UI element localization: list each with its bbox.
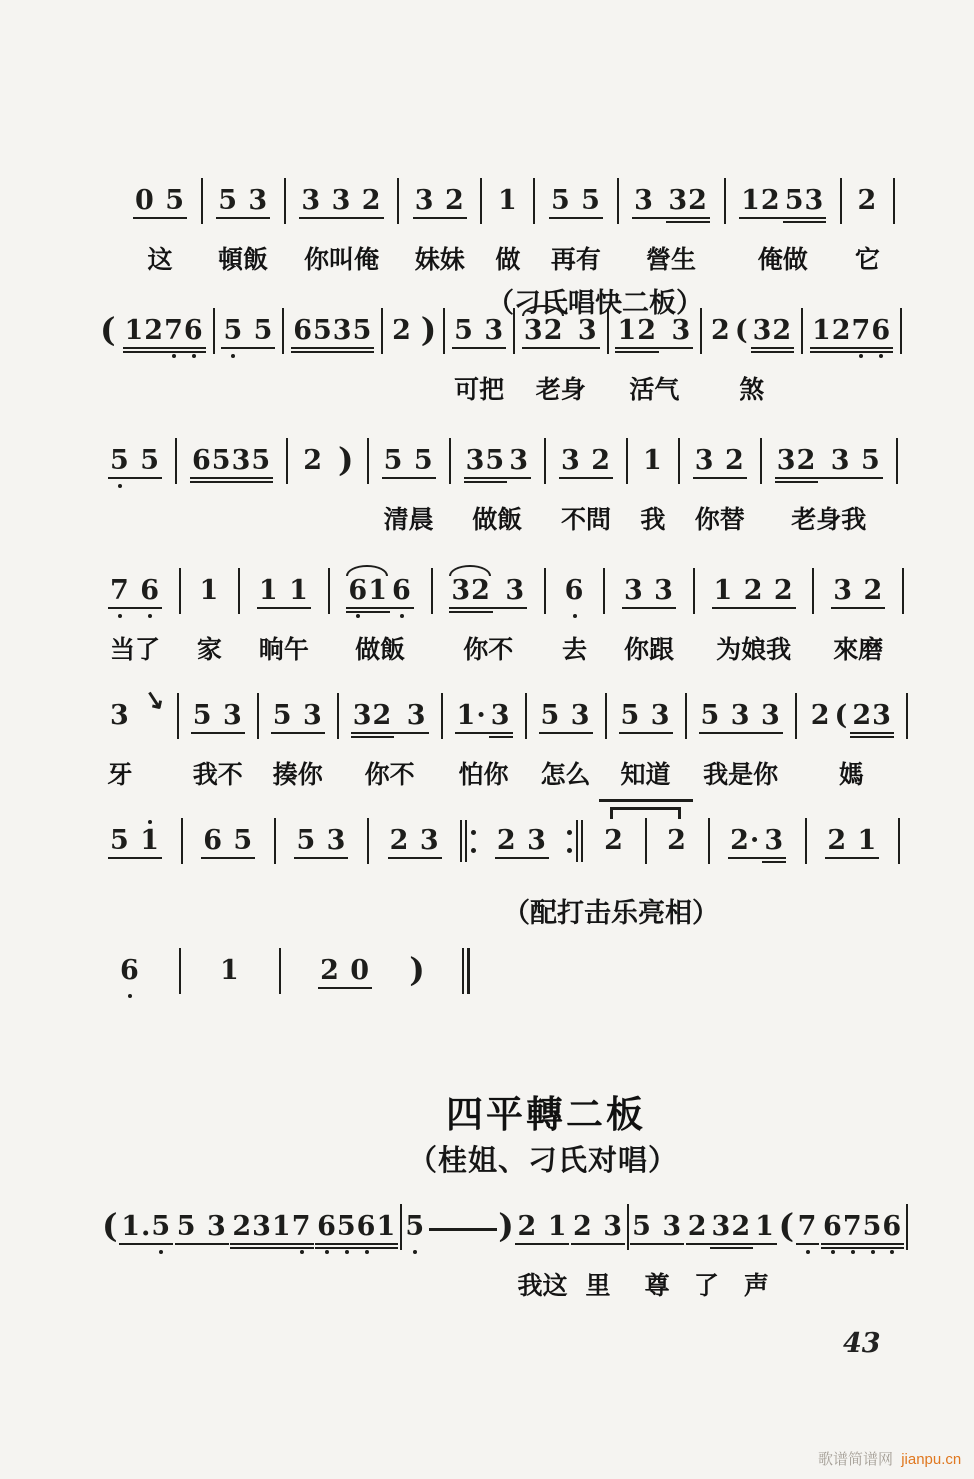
note-digits: 2 — [665, 826, 689, 861]
note-digits: 5 3 — [630, 1212, 684, 1247]
note-char: 3 — [301, 186, 321, 216]
sheet-music-page: { "page": { "number": "43", "watermark":… — [0, 0, 974, 1479]
barline — [685, 693, 687, 739]
note-char: 2 — [144, 316, 164, 346]
barline — [893, 178, 895, 224]
measure: 2(23媽 — [809, 701, 894, 736]
note-seg: 35 — [464, 446, 508, 481]
note-char — [396, 701, 406, 731]
note-char: 2 — [373, 701, 393, 731]
note-seg: 1 2 2 — [712, 576, 796, 611]
measure: 2 — [390, 316, 414, 351]
note-digits: 1.5 — [119, 1212, 173, 1247]
octave-dot-below — [365, 1250, 369, 1254]
note-seg: 12 — [615, 316, 659, 351]
measure: 1.5 — [119, 1212, 173, 1247]
note-seg: 2 — [390, 316, 414, 351]
measure: 2 0 — [318, 956, 372, 991]
note-char: 5 — [223, 316, 243, 346]
note-char — [640, 701, 650, 731]
measure: 2 — [602, 826, 626, 861]
measure: 6561 — [315, 1212, 398, 1247]
note-digits: 5 3 3 — [699, 701, 783, 736]
note-char: 3 — [527, 826, 547, 856]
note-seg: 5 1 — [108, 826, 162, 861]
barline — [443, 308, 445, 354]
note-seg: 32 — [666, 186, 710, 221]
lyric: 牙 — [107, 755, 132, 791]
barline — [544, 438, 546, 484]
octave-dot-below — [356, 614, 360, 618]
measure: 5 3尊 — [630, 1212, 684, 1247]
octave-dot-above — [148, 820, 152, 824]
note-char — [495, 576, 505, 606]
note-char — [130, 826, 140, 856]
measure: 616做飯 — [346, 576, 413, 611]
note-char: 3 — [731, 701, 751, 731]
lyric: 当了 — [110, 630, 160, 666]
note-char: 1 — [220, 956, 240, 986]
lyric: 里 — [586, 1266, 611, 1302]
note-char: 0 — [350, 956, 370, 986]
measure: 5 3 3我是你 — [699, 701, 783, 736]
barline — [213, 308, 215, 354]
note-seg: 1276 — [123, 316, 206, 351]
score-line-7: 612 0) — [118, 956, 470, 1076]
note-seg: 7 6 — [108, 576, 162, 611]
note-char: 2 — [637, 316, 657, 346]
octave-dot-below — [231, 354, 235, 358]
note-char: 5 — [140, 446, 160, 476]
measure: 3 2不問 — [559, 446, 613, 481]
octave-dot-below — [300, 1250, 304, 1254]
note-char: 6 — [140, 576, 160, 606]
note-char: 2 — [232, 1212, 252, 1242]
note-seg: 1 — [218, 956, 242, 991]
barline — [645, 818, 647, 864]
lyric: 你不 — [365, 755, 415, 791]
note-char: 3 — [662, 1212, 682, 1242]
note-char: 2 — [320, 956, 340, 986]
note-seg: 6535 — [190, 446, 273, 481]
section-subtitle: （桂姐、刁氏对唱） — [0, 1138, 974, 1179]
note-char: 7 — [798, 1212, 818, 1242]
note-char: 0 — [135, 186, 155, 216]
note-char — [293, 701, 303, 731]
note-seg: 1 — [198, 576, 222, 611]
note-char: 5 — [353, 316, 373, 346]
barline — [179, 568, 181, 614]
note-digits: 7 6 — [108, 576, 162, 611]
note-digits: 3 3 — [622, 576, 676, 611]
lyric: 揍你 — [273, 755, 323, 791]
note-char — [213, 701, 223, 731]
note-char — [652, 1212, 662, 1242]
note-char: 5 — [405, 1212, 425, 1242]
watermark: 歌谱简谱网 jianpu.cn — [818, 1448, 961, 1469]
note-seg: 1 — [641, 446, 665, 481]
note-char: 1 — [617, 316, 637, 346]
barline — [179, 948, 181, 994]
barline — [238, 568, 240, 614]
measure: 3 3你跟 — [622, 576, 676, 611]
measure: 1253俺做 — [739, 186, 826, 221]
note-seg: 5 — [403, 1212, 427, 1247]
lyric: 做飯 — [472, 500, 522, 536]
note-char: 3 — [509, 446, 529, 476]
note-char: 5 — [193, 701, 213, 731]
barline — [533, 178, 535, 224]
note-char: · — [750, 826, 760, 856]
lyric: 你替 — [695, 500, 745, 536]
note-char — [715, 446, 725, 476]
note-char — [155, 186, 165, 216]
lyric: 家 — [197, 630, 222, 666]
note-digits: 6561 — [315, 1212, 398, 1247]
note-char: 6 — [392, 576, 412, 606]
note-digits: 2 1 — [825, 826, 879, 861]
measure: 32 3 5老身我 — [775, 446, 883, 481]
note-char: 2 — [797, 446, 817, 476]
note-char: 5 — [621, 701, 641, 731]
barline — [708, 818, 710, 864]
measure: 5 3 — [175, 1212, 229, 1247]
score-line-3: 5 565352)5 5清晨353做飯3 2不問1我3 2你替32 3 5老身我 — [108, 446, 898, 566]
note-digits: 5 3 — [216, 186, 270, 221]
note-seg: 2 0 — [318, 956, 372, 991]
note-seg: 5 3 — [619, 701, 673, 736]
note-seg: 53 — [783, 186, 827, 221]
note-char: 6 — [203, 826, 223, 856]
note-digits: 3 3 2 — [299, 186, 383, 221]
note-char: 3 — [303, 701, 323, 731]
barline — [337, 693, 339, 739]
barline — [181, 818, 183, 864]
measure: 2 3里 — [571, 1212, 625, 1247]
note-seg: 0 5 — [133, 186, 187, 221]
note-char: 2 — [445, 186, 465, 216]
note-seg: 2 — [602, 826, 626, 861]
octave-dot-below — [806, 1250, 810, 1254]
measure: 1 — [218, 956, 242, 991]
measure: 2它 — [855, 186, 879, 221]
measure: 5 3揍你 — [271, 701, 325, 736]
lyric: 老身 — [536, 370, 586, 406]
note-char: 3 — [805, 186, 825, 216]
note-seg: 23 — [850, 701, 894, 736]
barline — [441, 693, 443, 739]
note-char — [581, 446, 591, 476]
note-char: 3 — [491, 701, 511, 731]
barline — [902, 568, 904, 614]
parenthesis: ( — [102, 1206, 118, 1246]
octave-dot-below — [148, 614, 152, 618]
lyric: 可把 — [454, 370, 504, 406]
note-char — [351, 186, 361, 216]
lyric: 頓飯 — [218, 240, 268, 276]
note-char: 2 — [725, 446, 745, 476]
parenthesis: ) — [409, 950, 425, 990]
barline — [431, 568, 433, 614]
measure: 2 — [665, 826, 689, 861]
note-char: 5 — [110, 446, 130, 476]
note-char: 5 — [218, 186, 238, 216]
watermark-domain: jianpu.cn — [901, 1451, 961, 1468]
note-seg: 6 — [390, 576, 414, 611]
note-char: 3 — [624, 576, 644, 606]
measure: 1做 — [496, 186, 520, 221]
barline — [367, 818, 369, 864]
note-char: 2 — [517, 1212, 537, 1242]
measure: 1家 — [198, 576, 222, 611]
note-seg: 2 — [855, 186, 879, 221]
note-char: 5 — [151, 1212, 171, 1242]
measure: 3 2來磨 — [831, 576, 885, 611]
note-char — [537, 1212, 547, 1242]
note-digits: 3 2 — [559, 446, 613, 481]
note-char: · — [476, 701, 486, 731]
note-digits: 0 5 — [133, 186, 187, 221]
note-digits: 12 3 — [615, 316, 693, 351]
note-digits: 5 3 — [175, 1212, 229, 1247]
note-char — [571, 186, 581, 216]
note-char — [751, 701, 761, 731]
measure: 3 3 2你叫俺 — [299, 186, 383, 221]
note-char — [517, 826, 527, 856]
parenthesis: ) — [421, 310, 437, 350]
measure: 2 1 — [825, 826, 879, 861]
note-char: 1 — [498, 186, 518, 216]
note-char: 3 — [524, 316, 544, 346]
note-char: 6 — [192, 446, 212, 476]
note-char: 3 — [505, 576, 525, 606]
note-char — [853, 576, 863, 606]
repeat-open-sign — [460, 820, 476, 862]
barline — [603, 568, 605, 614]
note-digits: 2 3 — [495, 826, 549, 861]
note-seg: 5 3 — [175, 1212, 229, 1247]
measure: 6 — [118, 956, 142, 991]
note-seg: 5 5 — [549, 186, 603, 221]
note-seg: 32 — [710, 1212, 754, 1247]
note-seg: 3 2 — [559, 446, 613, 481]
note-seg: 2 — [301, 446, 325, 481]
note-seg: ( — [733, 316, 751, 351]
barline — [397, 178, 399, 224]
lyric: 为娘我 — [716, 630, 791, 666]
note-digits: 2 1 — [515, 1212, 569, 1247]
note-char: 3 — [407, 701, 427, 731]
note-digits: 5 3 — [271, 701, 325, 736]
note-char: 2 — [863, 576, 883, 606]
note-char: 3 — [110, 701, 130, 731]
barline — [282, 308, 284, 354]
watermark-site-name: 歌谱简谱网 — [818, 1451, 893, 1468]
note-seg: 3 — [108, 701, 132, 736]
lyric: 我不 — [193, 755, 243, 791]
note-digits: 3 2 — [413, 186, 467, 221]
note-char: 3 — [451, 576, 471, 606]
note-digits: 353 — [464, 446, 531, 481]
note-digits: 1276 — [810, 316, 893, 351]
note-seg: 6 — [118, 956, 142, 991]
note-char: 3 — [651, 701, 671, 731]
note-seg: 2 — [709, 316, 733, 351]
note-digits: 1 — [218, 956, 242, 991]
octave-dot-below — [118, 614, 122, 618]
measure: 6 5 — [201, 826, 255, 861]
note-char — [316, 826, 326, 856]
note-char: 6 — [184, 316, 204, 346]
note-seg: 6 5 — [201, 826, 255, 861]
note-seg: 3 — [762, 826, 786, 861]
note-digits: 2 — [855, 186, 879, 221]
note-seg: 3 2 — [413, 186, 467, 221]
note-char: 5 — [414, 446, 434, 476]
octave-dot-below — [890, 1250, 894, 1254]
note-seg: 3 2 — [693, 446, 747, 481]
note-digits: 616 — [346, 576, 413, 611]
barline — [801, 308, 803, 354]
note-char: 1 — [755, 1212, 775, 1242]
note-seg: 5 3 — [452, 316, 506, 351]
measure: 5 3 — [294, 826, 348, 861]
note-seg: 5 5 — [382, 446, 436, 481]
measure: 2 3 — [388, 826, 442, 861]
note-digits: 7 — [796, 1212, 820, 1247]
note-seg: 2· — [728, 826, 762, 861]
octave-dot-below — [831, 1250, 835, 1254]
lyric: 我是你 — [703, 755, 778, 791]
octave-dot-below — [879, 354, 883, 358]
note-char: 7 — [852, 316, 872, 346]
note-char: 5 — [454, 316, 474, 346]
note-seg: 6 — [563, 576, 587, 611]
note-char: 3 — [654, 576, 674, 606]
note-char — [197, 1212, 207, 1242]
barline — [678, 438, 680, 484]
note-seg: 5 3 3 — [699, 701, 783, 736]
lyric: 清晨 — [384, 500, 434, 536]
note-char: 2 — [744, 576, 764, 606]
measure: 1276 — [123, 316, 206, 351]
lyric: 它 — [855, 240, 880, 276]
measure: 3 2妹妹 — [413, 186, 467, 221]
barline — [626, 438, 628, 484]
note-digits: 5 3 — [191, 701, 245, 736]
note-char: 3 — [332, 186, 352, 216]
note-char: 2 — [731, 1212, 751, 1242]
measure: 5 3可把 — [452, 316, 506, 351]
note-char: 5 — [861, 446, 881, 476]
note-seg: 5 5 — [221, 316, 275, 351]
note-char: 3 — [415, 186, 435, 216]
lyric: 怎么 — [541, 755, 591, 791]
note-char: 1 — [812, 316, 832, 346]
measure: 3 2你替 — [693, 446, 747, 481]
note-char: 5 — [212, 446, 232, 476]
score-line-2: (12765 565352)5 3可把32 3老身12 3活气2(32煞1276 — [100, 316, 902, 436]
note-char: 3 — [248, 186, 268, 216]
lyric: 不問 — [561, 500, 611, 536]
note-digits: 2 3 — [571, 1212, 625, 1247]
octave-dot-below — [172, 354, 176, 358]
measure: 2 1我这 — [515, 1212, 569, 1247]
note-char: 2 — [811, 701, 831, 731]
parenthesis: ) — [498, 1206, 514, 1246]
caption-percussion-cue: （配打击乐亮相） — [503, 891, 719, 930]
note-char: 3 — [872, 701, 892, 731]
measure: 5 3頓飯 — [216, 186, 270, 221]
repeat-bars — [576, 820, 583, 862]
note-char: 5 — [337, 1212, 357, 1242]
note-char — [403, 446, 413, 476]
final-barline — [462, 948, 470, 994]
note-char: 6 — [357, 1212, 377, 1242]
note-digits: 6756 — [821, 1212, 904, 1247]
note-char: 2 — [827, 826, 847, 856]
octave-dot-below — [118, 484, 122, 488]
lyric: 妹妹 — [415, 240, 465, 276]
note-digits: 1 — [641, 446, 665, 481]
note-char: 2 — [573, 1212, 593, 1242]
repeat-close-sign — [567, 820, 583, 862]
note-char — [130, 446, 140, 476]
lyric: 老身我 — [791, 500, 866, 536]
note-char: ( — [835, 701, 849, 731]
note-digits: 2321 — [686, 1212, 777, 1247]
note-digits: 3 32 — [632, 186, 710, 221]
note-char: 1 — [457, 701, 477, 731]
note-char — [474, 316, 484, 346]
measure: 32 3你不 — [351, 701, 429, 736]
note-char: 5 — [254, 316, 274, 346]
note-seg: 2 1 — [515, 1212, 569, 1247]
note-char: 5 — [785, 186, 805, 216]
octave-dot-below — [159, 1250, 163, 1254]
note-char — [820, 446, 830, 476]
note-char: 2 — [730, 826, 750, 856]
measure: 2·3 — [728, 826, 786, 861]
note-seg: 5 3 — [630, 1212, 684, 1247]
note-digits: 2·3 — [728, 826, 786, 861]
note-digits: 6535 — [190, 446, 273, 481]
measure: 6535 — [190, 446, 273, 481]
barline — [400, 1204, 402, 1250]
note-seg: 5 3 — [294, 826, 348, 861]
note-char: 2 — [761, 186, 781, 216]
note-char: 2 — [362, 186, 382, 216]
note-char: 2 — [711, 316, 731, 346]
note-char: 2 — [852, 701, 872, 731]
measure: 2(32煞 — [709, 316, 794, 351]
note-seg: 3 — [489, 701, 513, 736]
note-char: 6 — [823, 1212, 843, 1242]
parenthesis: ) — [338, 440, 354, 480]
note-seg: ( — [833, 701, 851, 736]
note-char: 3 — [777, 446, 797, 476]
barline — [840, 178, 842, 224]
note-char: 3 — [634, 186, 654, 216]
octave-dot-below — [859, 354, 863, 358]
note-digits: 2(23 — [809, 701, 894, 736]
note-digits: 6535 — [291, 316, 374, 351]
note-char — [279, 576, 289, 606]
barline — [257, 693, 259, 739]
barline — [367, 438, 369, 484]
lyric: 再有 — [551, 240, 601, 276]
lyric: 晌午 — [259, 630, 309, 666]
